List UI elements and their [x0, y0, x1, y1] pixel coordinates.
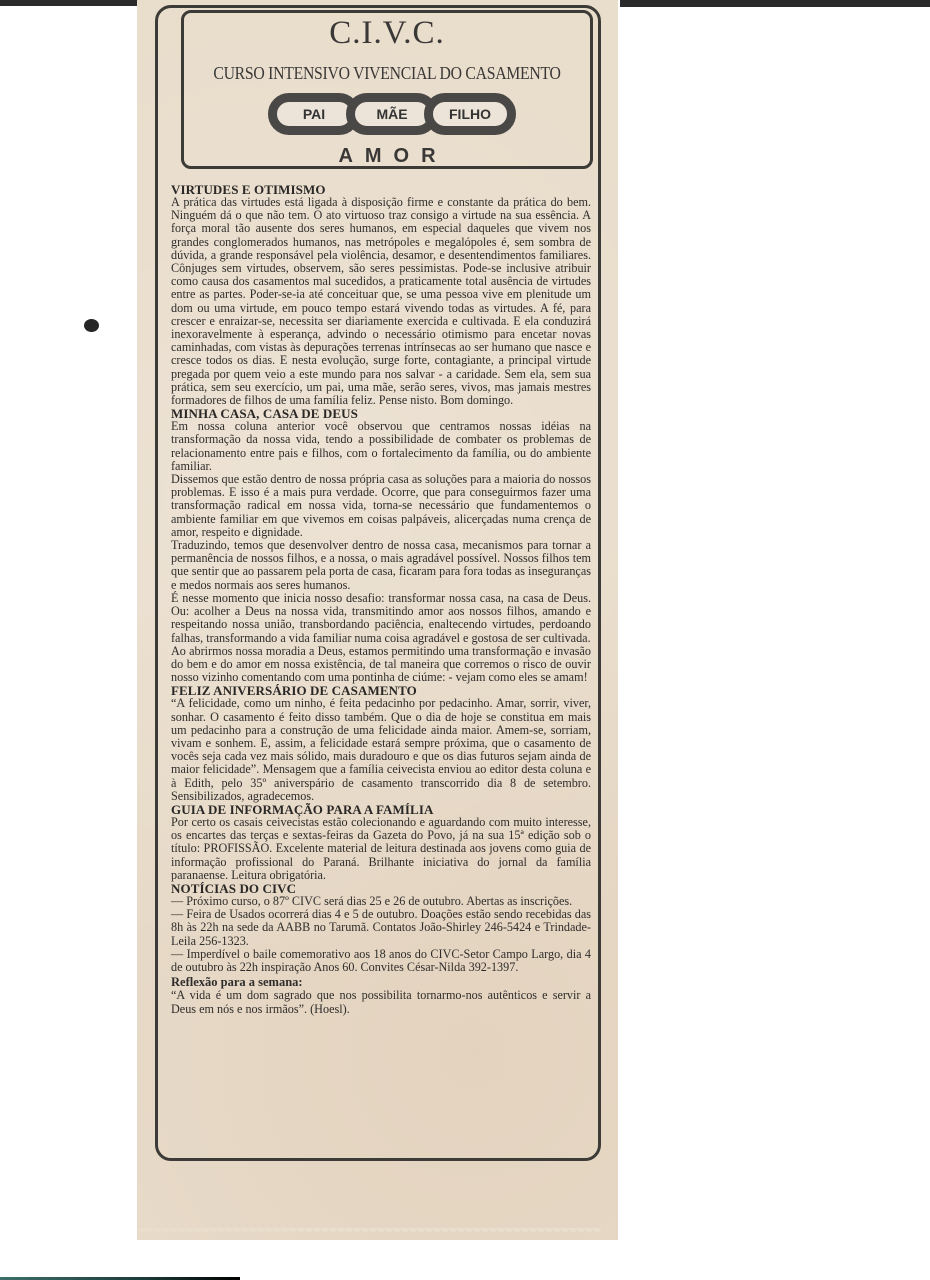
paragraph: “A felicidade, como um ninho, é feita pe… [171, 697, 591, 803]
scan-edge-top [0, 0, 150, 6]
section-heading: GUIA DE INFORMAÇÃO PARA A FAMÍLIA [171, 803, 591, 816]
paragraph: Por certo os casais ceivecistas estão co… [171, 816, 591, 882]
column-header: C.I.V.C. CURSO INTENSIVO VIVENCIAL DO CA… [181, 10, 593, 169]
scan-edge-top-right [620, 0, 930, 7]
paragraph: Em nossa coluna anterior você observou q… [171, 420, 591, 473]
paragraph: Dissemos que estão dentro de nossa própr… [171, 473, 591, 539]
ink-spot [84, 319, 99, 332]
header-title: C.I.V.C. [184, 15, 590, 52]
news-item: — Imperdível o baile comemorativo aos 18… [171, 948, 591, 974]
paragraph: É nesse momento que inicia nosso desafio… [171, 592, 591, 645]
reflection-quote: “A vida é um dom sagrado que nos possibi… [171, 989, 591, 1015]
paragraph: Traduzindo, temos que desenvolver dentro… [171, 539, 591, 592]
paragraph: Ao abrirmos nossa moradia a Deus, estamo… [171, 645, 591, 685]
chain-link-label: MÃE [376, 106, 407, 122]
section-heading: NOTÍCIAS DO CIVC [171, 882, 591, 895]
torn-edge [137, 1228, 601, 1244]
header-subtitle: CURSO INTENSIVO VIVENCIAL DO CASAMENTO [204, 63, 569, 84]
column-body: VIRTUDES E OTIMISMO A prática das virtud… [171, 183, 591, 1016]
chain-link-label: PAI [303, 106, 325, 122]
news-item: — Feira de Usados ocorrerá dias 4 e 5 de… [171, 908, 591, 948]
header-tagline: AMOR [184, 145, 590, 168]
paragraph: A prática das virtudes está ligada à dis… [171, 196, 591, 407]
chain-logo-icon: PAI MÃE FILHO [268, 93, 512, 145]
chain-link-label: FILHO [449, 106, 491, 122]
chain-link-filho: FILHO [424, 93, 516, 135]
